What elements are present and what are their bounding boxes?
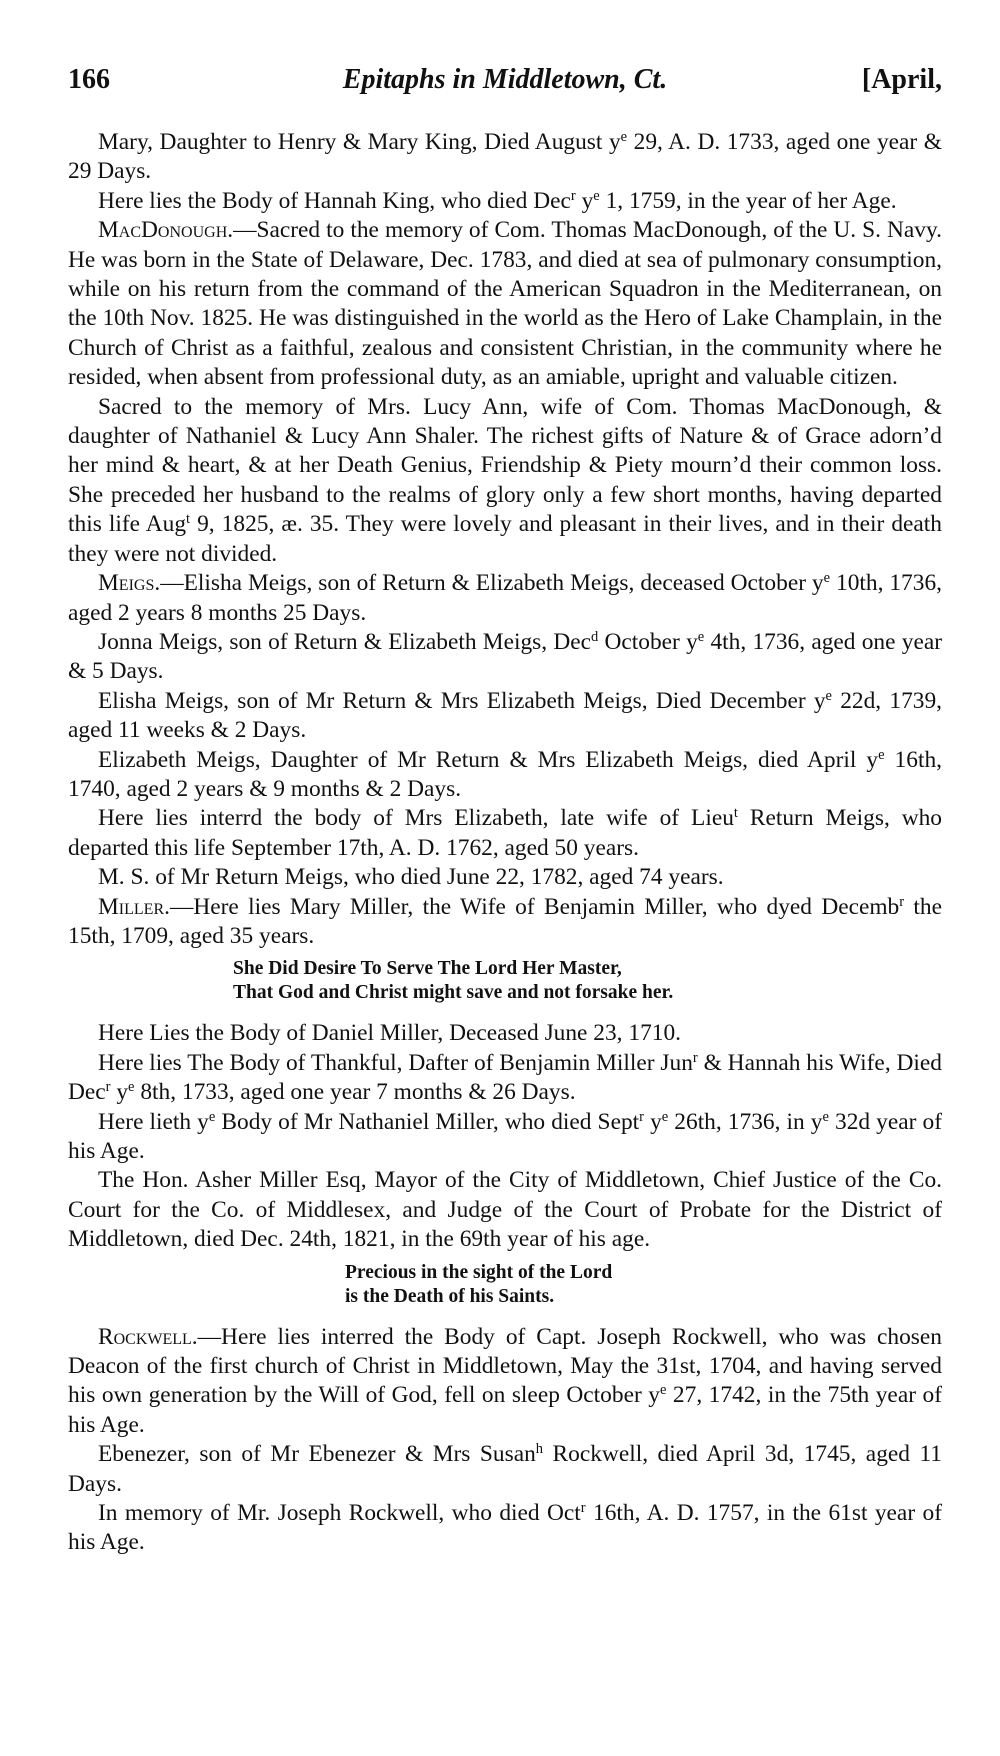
text-run: Elizabeth Meigs, Daughter of Mr Return &… [98, 747, 878, 773]
epitaph-paragraph: Ebenezer, son of Mr Ebenezer & Mrs Susan… [68, 1440, 942, 1499]
verse-inscription: Precious in the sight of the Lordis the … [68, 1261, 942, 1309]
epitaph-paragraph: Here lies interrd the body of Mrs Elizab… [68, 804, 942, 863]
epitaph-paragraph: Mary, Daughter to Henry & Mary King, Die… [68, 128, 942, 187]
epitaph-paragraph: Rockwell.—Here lies interred the Body of… [68, 1323, 942, 1441]
verse-line: is the Death of his Saints. [345, 1285, 942, 1309]
verse-line: That God and Christ might save and not f… [233, 981, 942, 1005]
text-run: Mary, Daughter to Henry & Mary King, Die… [98, 129, 621, 155]
running-title: Epitaphs in Middletown, Ct. [68, 64, 942, 96]
text-run: M. S. of Mr Return Meigs, who died June … [98, 864, 724, 890]
epitaph-paragraph: Meigs.—Elisha Meigs, son of Return & Eli… [68, 569, 942, 628]
text-run: Here lieth y [98, 1109, 209, 1135]
verse-inscription: She Did Desire To Serve The Lord Her Mas… [68, 957, 942, 1005]
text-run: y [644, 1109, 662, 1135]
running-head: 166 Epitaphs in Middletown, Ct. [April, [68, 60, 942, 100]
superscript-abbrev: h [536, 1441, 543, 1457]
family-heading: MacDonough. [98, 217, 233, 243]
epitaph-paragraph: Elizabeth Meigs, Daughter of Mr Return &… [68, 746, 942, 805]
text-run: y [576, 188, 594, 214]
text-run: 8th, 1733, aged one year 7 months & 26 D… [134, 1079, 575, 1105]
text-run: 9, 1825, æ. 35. They were lovely and ple… [68, 511, 942, 566]
family-heading: Miller. [98, 894, 170, 920]
text-run: Here lies interrd the body of Mrs Elizab… [98, 805, 734, 831]
epitaph-paragraph: Here Lies the Body of Daniel Miller, Dec… [68, 1019, 942, 1048]
family-heading: Meigs. [98, 570, 160, 596]
text-run: Elisha Meigs, son of Mr Return & Mrs Eli… [98, 688, 826, 714]
epitaph-paragraph: Here lies the Body of Hannah King, who d… [68, 187, 942, 216]
text-run: —Elisha Meigs, son of Return & Elizabeth… [160, 570, 823, 596]
text-run: Here lies the Body of Hannah King, who d… [98, 188, 571, 214]
text-run: 26th, 1736, in y [668, 1109, 822, 1135]
text-run: 1, 1759, in the year of her Age. [600, 188, 897, 214]
text-run: Ebenezer, son of Mr Ebenezer & Mrs Susan [98, 1441, 536, 1467]
epitaph-paragraph: Here lies The Body of Thankful, Dafter o… [68, 1049, 942, 1108]
verse-line: Precious in the sight of the Lord [345, 1261, 942, 1285]
text-run: y [111, 1079, 129, 1105]
epitaph-paragraph: In memory of Mr. Joseph Rockwell, who di… [68, 1499, 942, 1558]
epitaph-text-body: Mary, Daughter to Henry & Mary King, Die… [68, 128, 942, 1558]
epitaph-paragraph: Sacred to the memory of Mrs. Lucy Ann, w… [68, 393, 942, 569]
text-run: Jonna Meigs, son of Return & Elizabeth M… [98, 629, 591, 655]
verse-line: She Did Desire To Serve The Lord Her Mas… [233, 957, 942, 981]
text-run: Here lies The Body of Thankful, Dafter o… [98, 1050, 693, 1076]
epitaph-paragraph: Here lieth ye Body of Mr Nathaniel Mille… [68, 1108, 942, 1167]
epitaph-paragraph: M. S. of Mr Return Meigs, who died June … [68, 863, 942, 892]
family-heading: Rockwell. [98, 1324, 198, 1350]
text-run: —Here lies Mary Miller, the Wife of Benj… [170, 894, 899, 920]
text-run: In memory of Mr. Joseph Rockwell, who di… [98, 1500, 581, 1526]
text-run: Here Lies the Body of Daniel Miller, Dec… [98, 1020, 681, 1046]
text-run: October y [598, 629, 698, 655]
text-run: Body of Mr Nathaniel Miller, who died Se… [215, 1109, 639, 1135]
epitaph-paragraph: Elisha Meigs, son of Mr Return & Mrs Eli… [68, 687, 942, 746]
epitaph-paragraph: Jonna Meigs, son of Return & Elizabeth M… [68, 628, 942, 687]
text-run: The Hon. Asher Miller Esq, Mayor of the … [68, 1167, 942, 1252]
epitaph-paragraph: The Hon. Asher Miller Esq, Mayor of the … [68, 1166, 942, 1254]
epitaph-paragraph: Miller.—Here lies Mary Miller, the Wife … [68, 893, 942, 952]
epitaph-paragraph: MacDonough.—Sacred to the memory of Com.… [68, 216, 942, 392]
running-month: [April, [862, 64, 942, 96]
